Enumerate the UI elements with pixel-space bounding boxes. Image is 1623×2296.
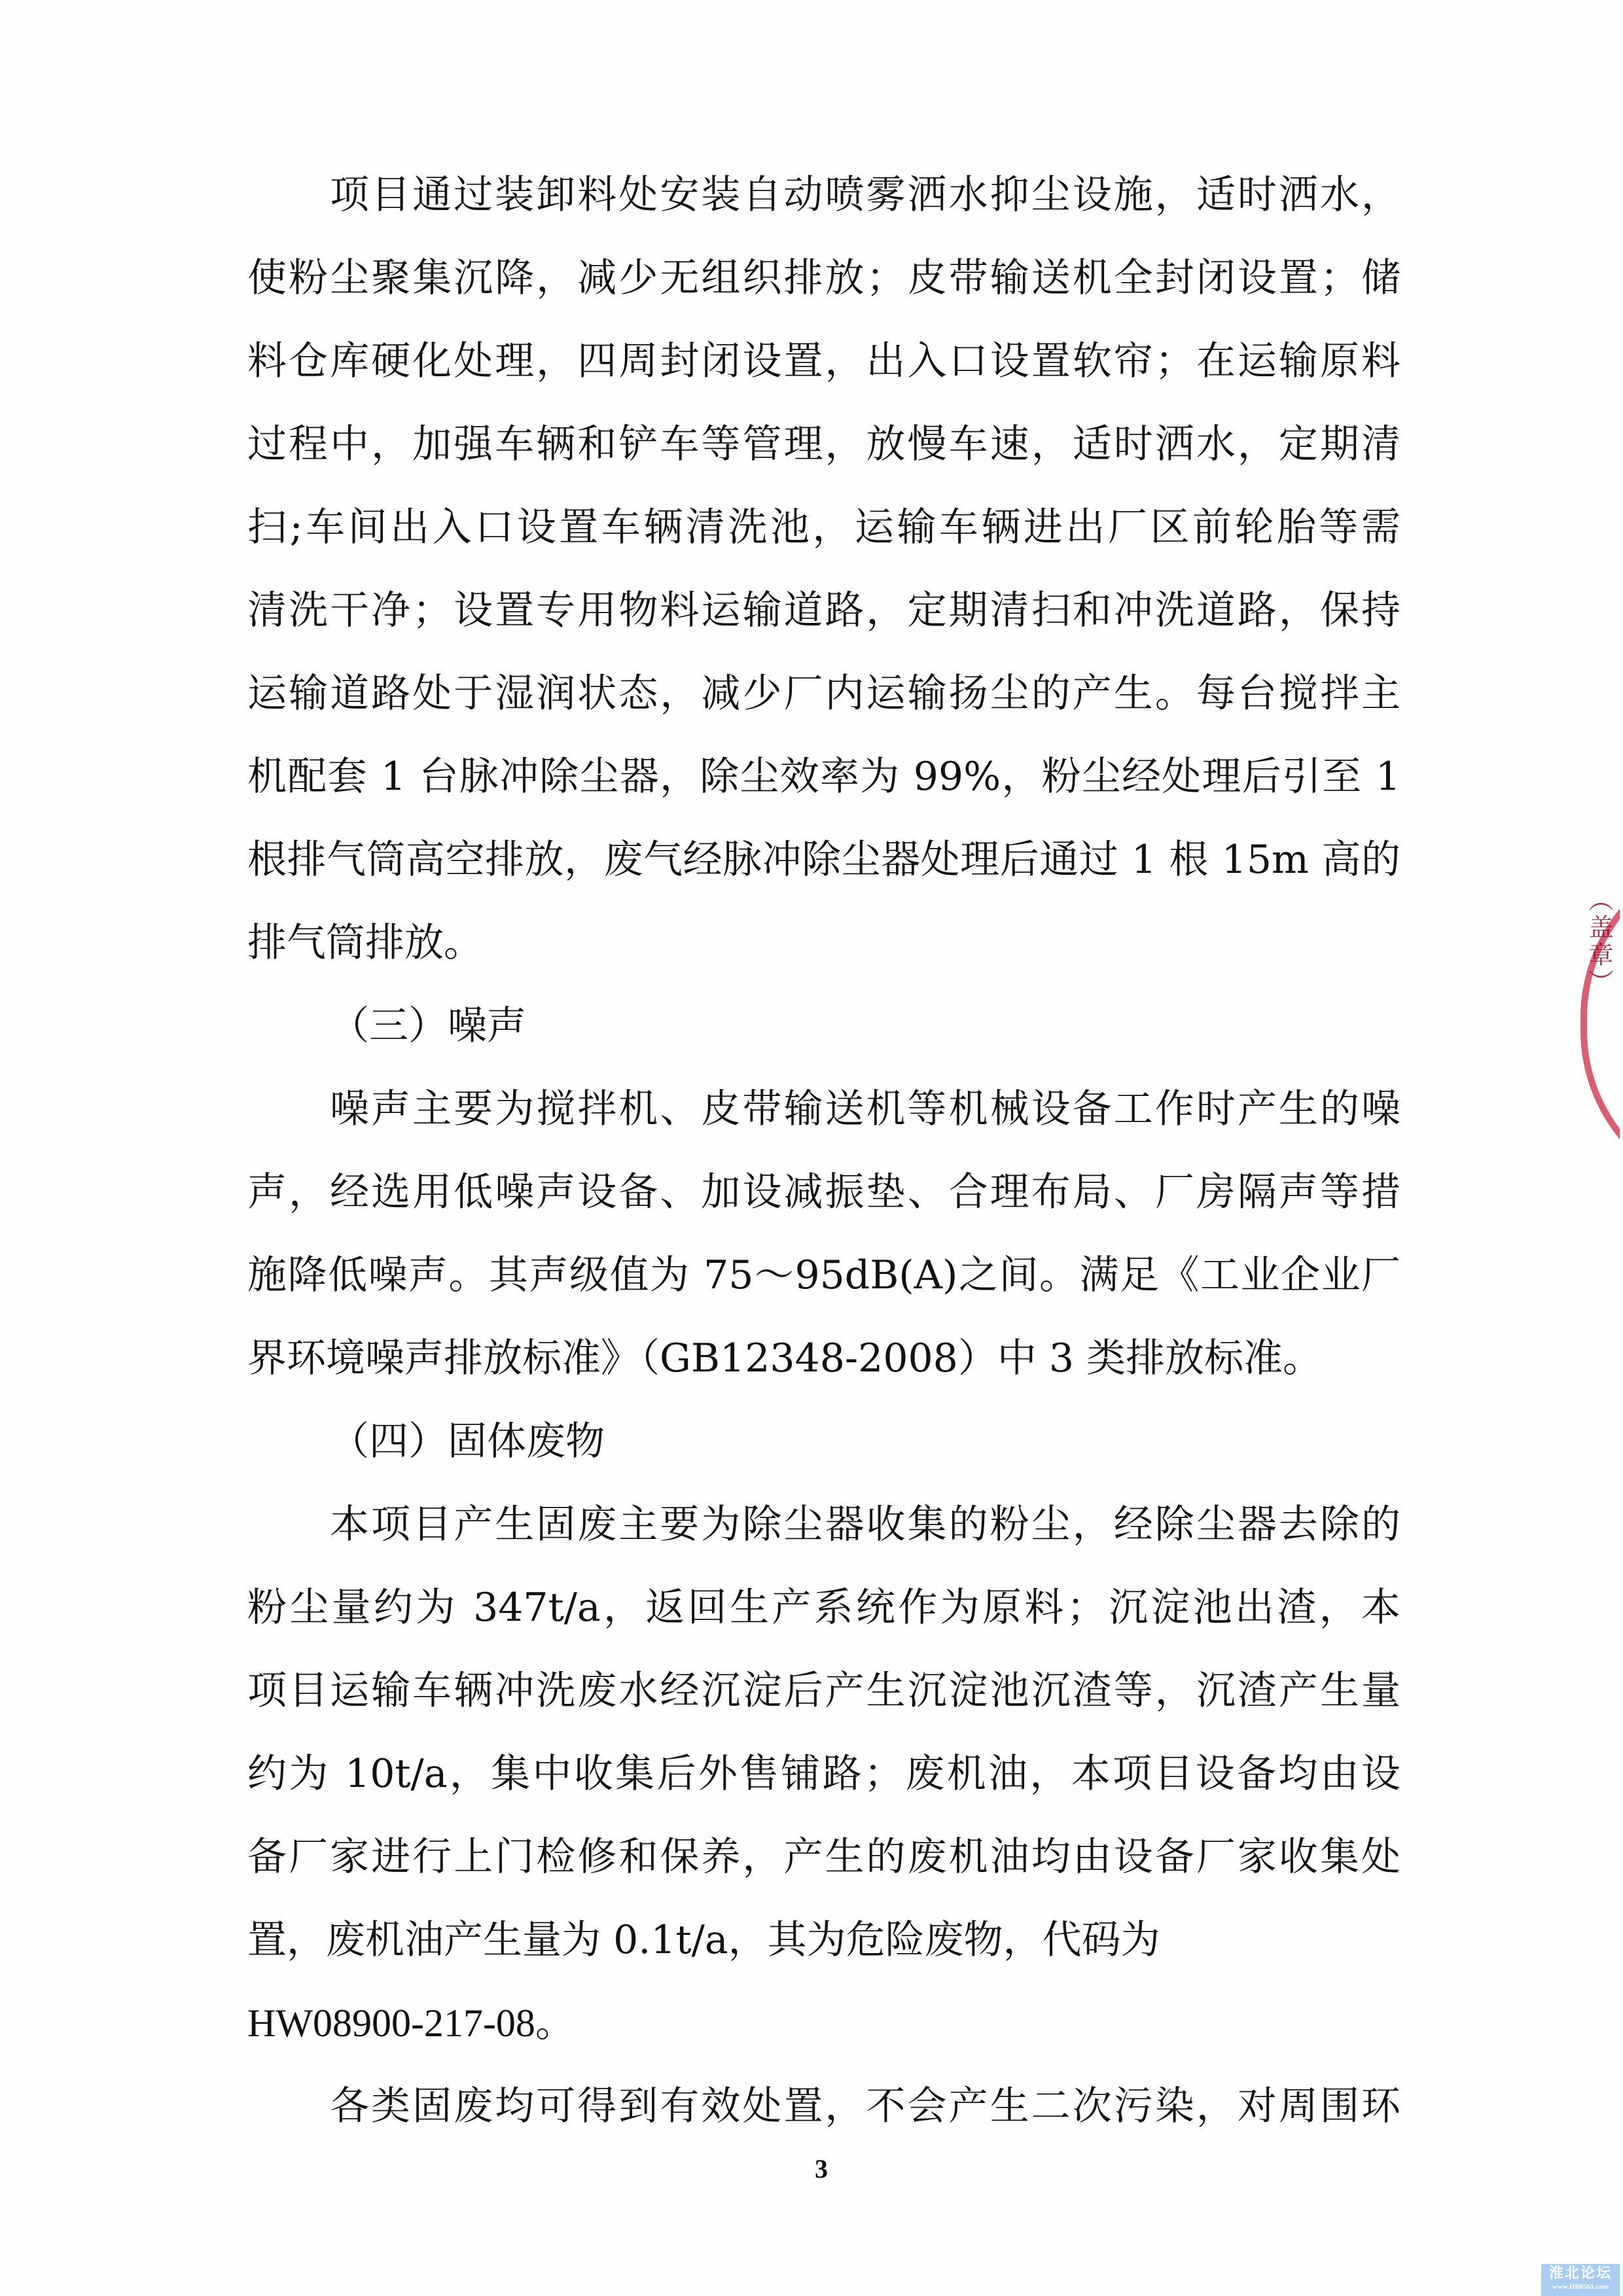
seal-stamp-text: （盖章）	[1590, 887, 1616, 997]
paragraph-solid-waste-line-7: HW08900-217-08。	[247, 1997, 1400, 2049]
paragraph-dust-control-line-9: 根排气筒高空排放，废气经脉冲除尘器处理后通过 1 根 15m 高的	[247, 834, 1400, 886]
paragraph-noise-line-3: 施降低噪声。其声级值为 75～95dB(A)之间。满足《工业企业厂	[247, 1249, 1400, 1301]
page-number: 3	[815, 2153, 828, 2185]
paragraph-conclusion-line-1: 各类固废均可得到有效处置，不会产生二次污染，对周围环	[330, 2080, 1400, 2132]
paragraph-solid-waste-line-5: 备厂家进行上门检修和保养，产生的废机油均由设备厂家收集处	[247, 1831, 1400, 1883]
paragraph-dust-control-line-10: 排气筒排放。	[247, 917, 1400, 969]
paragraph-dust-control-line-2: 使粉尘聚集沉降，减少无组织排放；皮带输送机全封闭设置；储	[247, 252, 1400, 304]
paragraph-noise-line-4: 界环境噪声排放标准》（GB12348-2008）中 3 类排放标准。	[247, 1332, 1400, 1385]
paragraph-noise-line-1: 噪声主要为搅拌机、皮带输送机等机械设备工作时产生的噪	[330, 1083, 1400, 1135]
paragraph-dust-control-line-8: 机配套 1 台脉冲除尘器，除尘效率为 99%，粉尘经处理后引至 1	[247, 751, 1400, 803]
section-heading-noise: （三）噪声	[330, 1000, 526, 1052]
paragraph-noise-line-2: 声，经选用低噪声设备、加设减振垫、合理布局、厂房隔声等措	[247, 1166, 1400, 1218]
watermark-title: 淮北论坛	[1541, 2264, 1620, 2282]
paragraph-solid-waste-line-6: 置，废机油产生量为 0.1t/a，其为危险废物，代码为	[247, 1914, 1400, 1966]
paragraph-solid-waste-line-3: 项目运输车辆冲洗废水经沉淀后产生沉淀池沉渣等，沉渣产生量	[247, 1665, 1400, 1717]
seal-stamp: （盖章）	[1580, 847, 1620, 1201]
paragraph-dust-control-line-4: 过程中，加强车辆和铲车等管理，放慢车速，适时洒水，定期清	[247, 418, 1400, 470]
paragraph-solid-waste-line-1: 本项目产生固废主要为除尘器收集的粉尘，经除尘器去除的	[330, 1498, 1400, 1551]
paragraph-dust-control-line-1: 项目通过装卸料处安装自动喷雾洒水抑尘设施，适时洒水，	[330, 169, 1400, 221]
document-page: 项目通过装卸料处安装自动喷雾洒水抑尘设施，适时洒水， 使粉尘聚集沉降，减少无组织…	[0, 0, 1623, 2296]
paragraph-dust-control-line-6: 清洗干净；设置专用物料运输道路，定期清扫和冲洗道路，保持	[247, 584, 1400, 637]
site-watermark: 淮北论坛 www.HB0561.com	[1541, 2264, 1620, 2296]
watermark-url: www.HB0561.com	[1541, 2282, 1620, 2291]
paragraph-solid-waste-line-4: 约为 10t/a，集中收集后外售铺路；废机油，本项目设备均由设	[247, 1748, 1400, 1800]
paragraph-dust-control-line-5: 扫;车间出入口设置车辆清洗池，运输车辆进出厂区前轮胎等需	[247, 501, 1400, 554]
paragraph-dust-control-line-3: 料仓库硬化处理，四周封闭设置，出入口设置软帘；在运输原料	[247, 335, 1400, 387]
paragraph-dust-control-line-7: 运输道路处于湿润状态，减少厂内运输扬尘的产生。每台搅拌主	[247, 667, 1400, 720]
paragraph-solid-waste-line-2: 粉尘量约为 347t/a，返回生产系统作为原料；沉淀池出渣，本	[247, 1581, 1400, 1634]
section-heading-solid-waste: （四）固体废物	[330, 1415, 605, 1468]
